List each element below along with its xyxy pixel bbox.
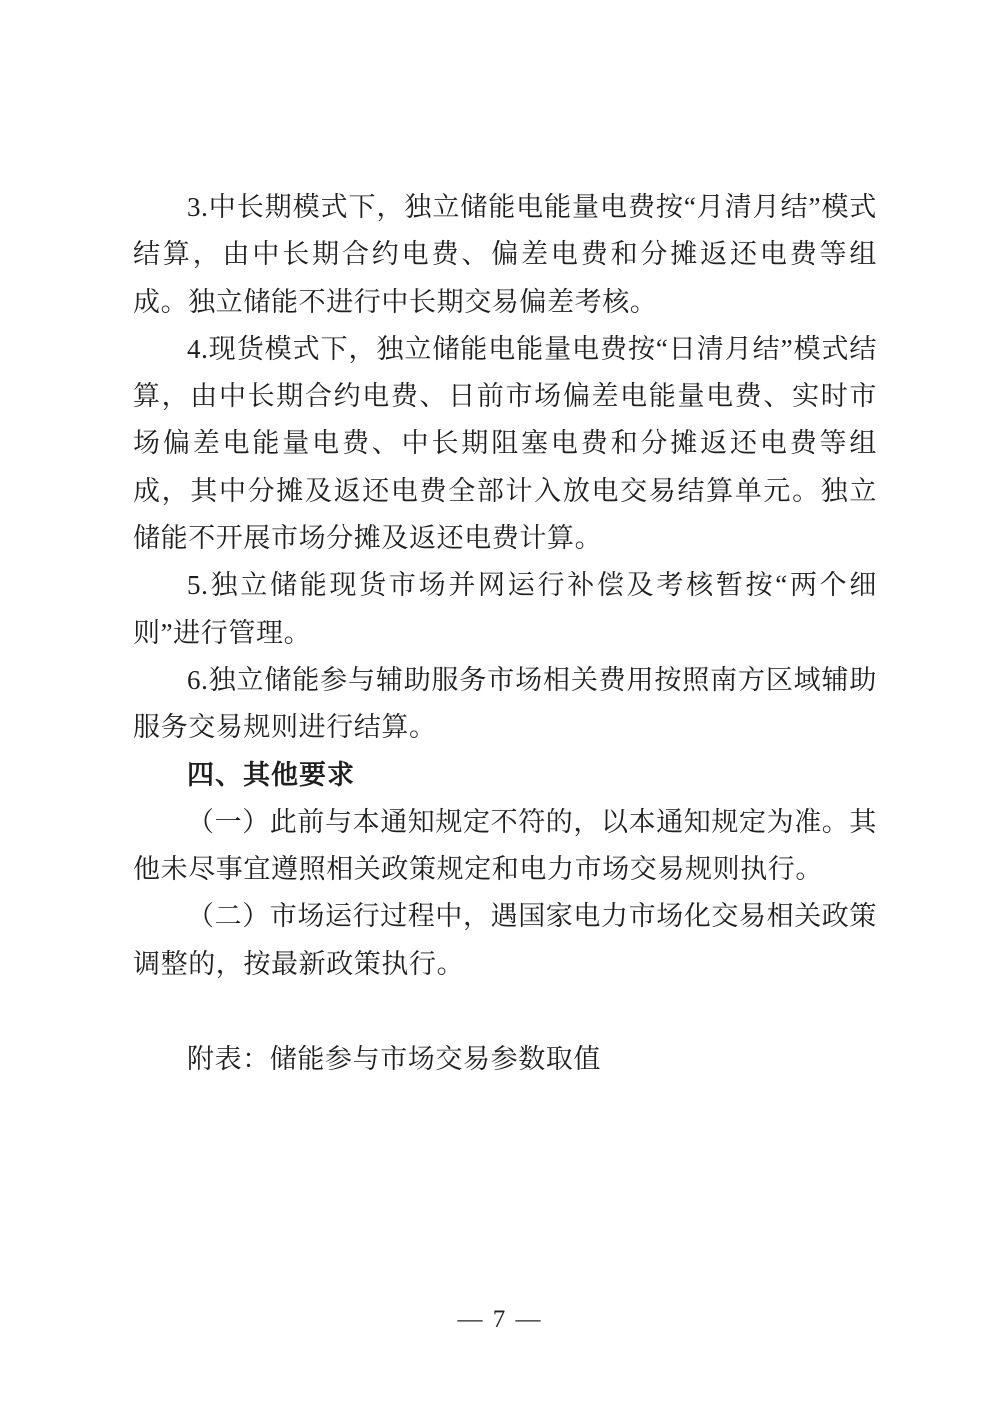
page-number: — 7 — — [0, 1306, 1000, 1334]
document-page: 3.中长期模式下，独立储能电能量电费按“月清月结”模式结算，由中长期合约电费、偏… — [0, 0, 1000, 1414]
attachment-note: 附表：储能参与市场交易参数取值 — [133, 1036, 877, 1083]
paragraph-item-1: （一）此前与本通知规定不符的，以本通知规定为准。其他未尽事宜遵照相关政策规定和电… — [133, 799, 877, 894]
paragraph-6-ancillary-services: 6.独立储能参与辅助服务市场相关费用按照南方区域辅助服务交易规则进行结算。 — [133, 657, 877, 752]
section-heading-other-requirements: 四、其他要求 — [133, 752, 877, 799]
document-body: 3.中长期模式下，独立储能电能量电费按“月清月结”模式结算，由中长期合约电费、偏… — [133, 184, 877, 1083]
paragraph-item-2: （二）市场运行过程中，遇国家电力市场化交易相关政策调整的，按最新政策执行。 — [133, 893, 877, 988]
paragraph-4-spot-mode: 4.现货模式下，独立储能电能量电费按“日清月结”模式结算，由中长期合约电费、日前… — [133, 326, 877, 562]
paragraph-3-midlongterm-mode: 3.中长期模式下，独立储能电能量电费按“月清月结”模式结算，由中长期合约电费、偏… — [133, 184, 877, 326]
paragraph-5-grid-compensation: 5.独立储能现货市场并网运行补偿及考核暂按“两个细则”进行管理。 — [133, 562, 877, 657]
